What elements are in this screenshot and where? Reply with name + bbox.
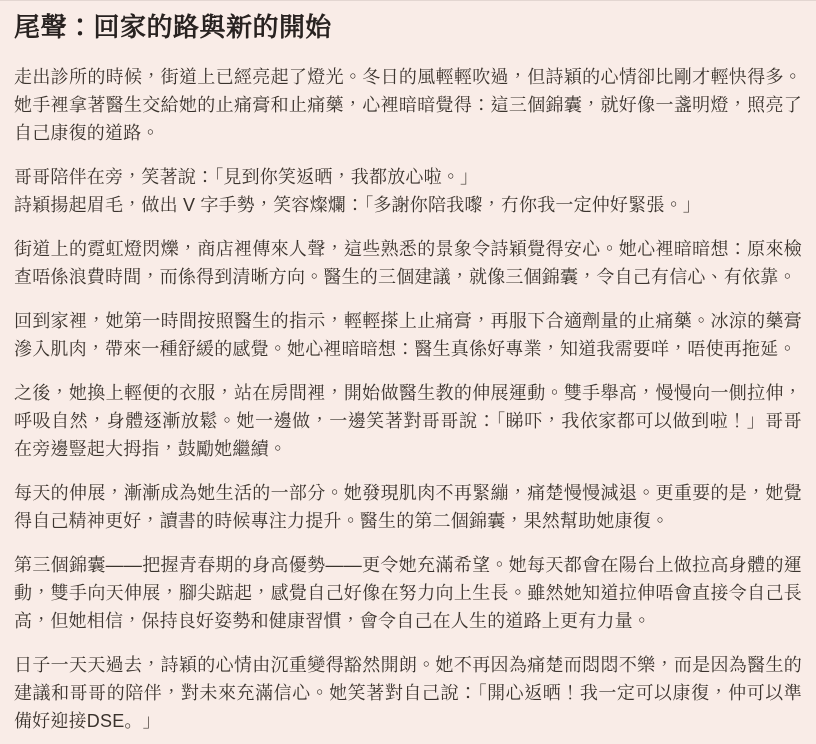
document-body: 走出診所的時候，街道上已經亮起了燈光。冬日的風輕輕吹過，但詩穎的心情卻比剛才輕快… xyxy=(14,63,802,735)
page-title: 尾聲：回家的路與新的開始 xyxy=(14,9,802,45)
paragraph: 回到家裡，她第一時間按照醫生的指示，輕輕搽上止痛膏，再服下合適劑量的止痛藥。冰涼… xyxy=(14,307,802,363)
paragraph: 哥哥陪伴在旁，笑著說：「見到你笑返晒，我都放心啦。」 詩穎揚起眉毛，做出 V 字… xyxy=(14,163,802,219)
paragraph: 街道上的霓虹燈閃爍，商店裡傳來人聲，這些熟悉的景象令詩穎覺得安心。她心裡暗暗想：… xyxy=(14,235,802,291)
paragraph: 日子一天天過去，詩穎的心情由沉重變得豁然開朗。她不再因為痛楚而悶悶不樂，而是因為… xyxy=(14,651,802,735)
document-page: 尾聲：回家的路與新的開始 走出診所的時候，街道上已經亮起了燈光。冬日的風輕輕吹過… xyxy=(0,1,816,744)
paragraph: 第三個錦囊——把握青春期的身高優勢——更令她充滿希望。她每天都會在陽台上做拉高身… xyxy=(14,551,802,635)
paragraph: 走出診所的時候，街道上已經亮起了燈光。冬日的風輕輕吹過，但詩穎的心情卻比剛才輕快… xyxy=(14,63,802,147)
paragraph: 每天的伸展，漸漸成為她生活的一部分。她發現肌肉不再緊繃，痛楚慢慢減退。更重要的是… xyxy=(14,479,802,535)
paragraph: 之後，她換上輕便的衣服，站在房間裡，開始做醫生教的伸展運動。雙手舉高，慢慢向一側… xyxy=(14,379,802,463)
